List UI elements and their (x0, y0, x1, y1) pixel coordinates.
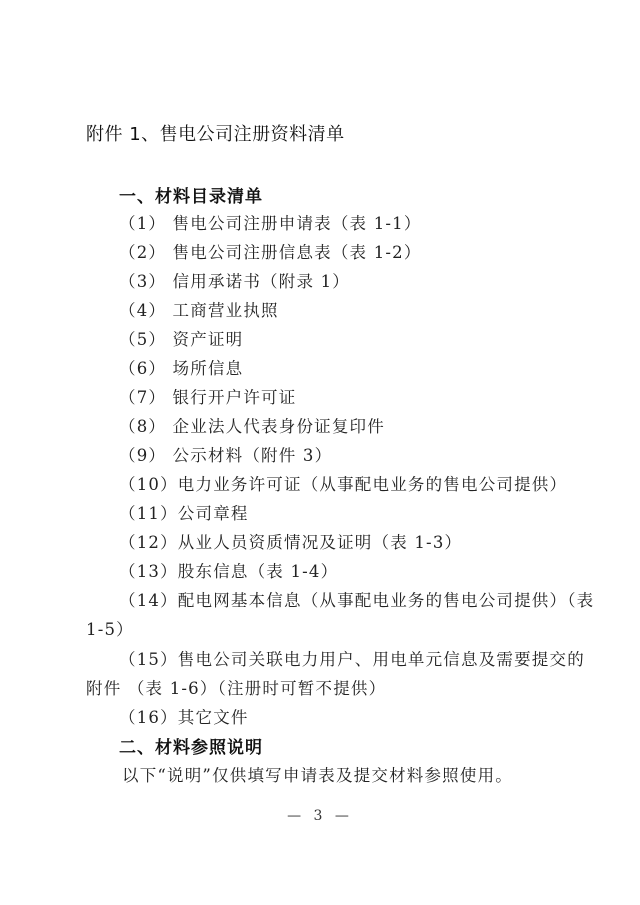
list-item: （1） 售电公司注册申请表（表 1-1） (119, 210, 422, 234)
list-item: （13）股东信息（表 1-4） (119, 558, 338, 582)
list-item: （15）售电公司关联电力用户、用电单元信息及需要提交的 (119, 646, 585, 670)
reference-note-text: 以下“说明”仅供填写申请表及提交材料参照使用。 (122, 762, 513, 786)
list-item: （5） 资产证明 (119, 326, 243, 350)
list-item: （14）配电网基本信息（从事配电业务的售电公司提供）（表 (119, 587, 594, 611)
list-item: （7） 银行开户许可证 (119, 384, 296, 408)
section-heading-materials-list: 一、材料目录清单 (119, 182, 263, 207)
list-item: （11）公司章程 (119, 500, 249, 524)
list-item: （2） 售电公司注册信息表（表 1-2） (119, 239, 422, 263)
list-item-continuation: 1-5） (86, 616, 134, 640)
document-page: 附件 1、售电公司注册资料清单 一、材料目录清单 （1） 售电公司注册申请表（表… (0, 0, 640, 905)
page-number: — 3 — (0, 808, 640, 824)
list-item: （8） 企业法人代表身份证复印件 (119, 413, 385, 437)
list-item: （6） 场所信息 (119, 355, 243, 379)
list-item: （10）电力业务许可证（从事配电业务的售电公司提供） (119, 471, 567, 495)
document-title: 附件 1、售电公司注册资料清单 (86, 120, 345, 146)
list-item: （16）其它文件 (119, 704, 249, 728)
list-item: （12）从业人员资质情况及证明（表 1-3） (119, 529, 462, 553)
list-item-continuation: 附件 （表 1-6）（注册时可暂不提供） (86, 675, 386, 699)
section-heading-reference-notes: 二、材料参照说明 (119, 733, 263, 758)
list-item: （3） 信用承诺书（附录 1） (119, 268, 350, 292)
list-item: （9） 公示材料（附件 3） (119, 442, 332, 466)
list-item: （4） 工商营业执照 (119, 297, 279, 321)
